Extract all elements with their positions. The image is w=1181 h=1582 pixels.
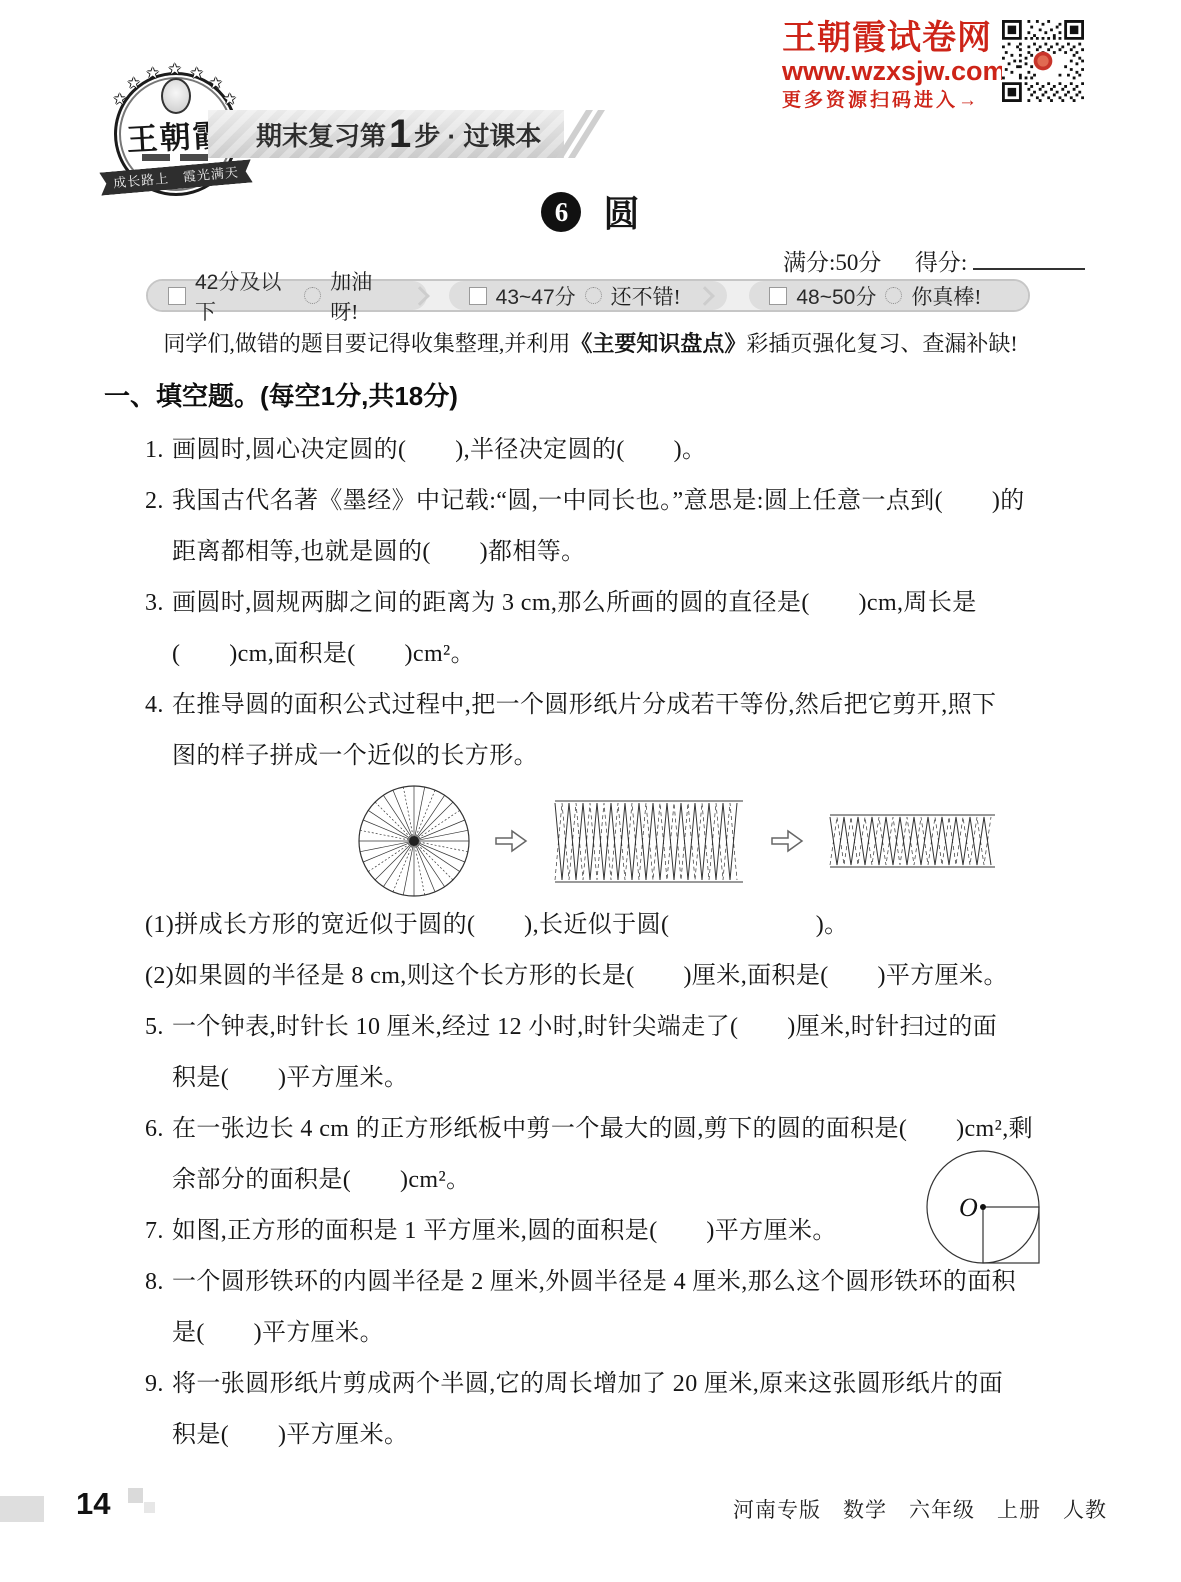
circle-to-rectangle-figure	[145, 782, 1045, 900]
star-icon: ★	[209, 74, 222, 93]
score-line: 满分:50分 得分:	[783, 244, 1085, 277]
question-text: 在一张边长 4 cm 的正方形纸板中剪一个最大的圆,剪下的圆的面积是( )cm²…	[172, 1116, 1033, 1142]
tip-book-title: 《主要知识盘点》	[570, 331, 746, 356]
brand-block: 王朝霞试卷网 www.wzxsjw.com 更多资源扫码进入→	[782, 20, 996, 115]
question-number: 1.	[145, 425, 172, 476]
question-text: 画圆时,圆规两脚之间的距离为 3 cm,那么所画的圆的直径是( )cm,周长是	[172, 590, 977, 616]
center-label: O	[959, 1193, 978, 1222]
question-list: 1.画圆时,圆心决定圆的( ),半径决定圆的( )。 2.我国古代名著《墨经》中…	[145, 425, 1045, 1461]
unit-title-text: 圆	[603, 186, 639, 237]
sub-question-number: (1)	[145, 912, 174, 938]
question-text: 拼成长方形的宽近似于圆的( ),长近似于圆( )。	[174, 912, 848, 938]
score-label: 得分:	[915, 250, 967, 275]
rating-segment-high: 48~50分 你真棒!	[749, 281, 1028, 310]
question-text: 一个钟表,时针长 10 厘米,经过 12 小时,时针尖端走了( )厘米,时针扫过…	[172, 1014, 997, 1040]
page-number: 14	[76, 1486, 110, 1522]
checkbox	[469, 287, 487, 305]
rating-segment-low: 42分及以下 加油呀!	[148, 281, 427, 310]
chevron-right-icon	[410, 286, 430, 306]
chevron-right-icon	[695, 286, 715, 306]
question-text: 余部分的面积是( )cm²。	[172, 1167, 471, 1193]
step-number: 1	[389, 112, 411, 157]
question-8-cont: 是( )平方厘米。	[145, 1308, 1045, 1359]
badge-seal-decor	[142, 154, 170, 161]
zigzag-strip-tall-figure	[549, 794, 749, 889]
question-5-cont: 积是( )平方厘米。	[145, 1053, 1045, 1104]
rating-praise: 你真棒!	[911, 281, 981, 311]
rating-praise: 加油呀!	[330, 266, 395, 326]
site-url: www.wzxsjw.com	[782, 56, 996, 87]
question-text: 图的样子拼成一个近似的长方形。	[172, 743, 538, 769]
rating-praise: 还不错!	[611, 281, 681, 311]
question-text: 将一张圆形纸片剪成两个半圆,它的周长增加了 20 厘米,原来这张圆形纸片的面	[172, 1371, 1003, 1397]
star-icon: ★	[127, 74, 140, 93]
question-9-cont: 积是( )平方厘米。	[145, 1410, 1045, 1461]
page-number-decor	[144, 1502, 155, 1513]
qr-hint: 更多资源扫码进入→	[782, 87, 996, 115]
question-number: 3.	[145, 578, 172, 629]
score-blank	[973, 248, 1085, 270]
smiley-icon	[885, 287, 902, 304]
question-1: 1.画圆时,圆心决定圆的( ),半径决定圆的( )。	[145, 425, 1045, 476]
question-number: 9.	[145, 1359, 172, 1410]
question-4-cont: 图的样子拼成一个近似的长方形。	[145, 731, 1045, 782]
question-4-sub-2: (2)如果圆的半径是 8 cm,则这个长方形的长是( )厘米,面积是( )平方厘…	[145, 951, 1045, 1002]
rating-bar: 42分及以下 加油呀! 43~47分 还不错! 48~50分 你真棒!	[146, 279, 1030, 312]
star-icon: ★	[223, 90, 236, 109]
star-icon: ★	[190, 64, 203, 83]
question-text: 如图,正方形的面积是 1 平方厘米,圆的面积是( )平方厘米。	[172, 1218, 837, 1244]
question-number: 4.	[145, 680, 172, 731]
question-7: 7.如图,正方形的面积是 1 平方厘米,圆的面积是( )平方厘米。	[145, 1206, 1045, 1257]
block-arrow-icon	[493, 827, 529, 855]
checkbox	[168, 287, 186, 305]
question-number: 8.	[145, 1257, 172, 1308]
checkbox	[769, 287, 787, 305]
tip-text: 同学们,做错的题目要记得收集整理,并利用	[163, 331, 570, 356]
question-3-cont: ( )cm,面积是( )cm²。	[145, 629, 1045, 680]
star-icon: ★	[168, 60, 181, 79]
question-6: 6.在一张边长 4 cm 的正方形纸板中剪一个最大的圆,剪下的圆的面积是( )c…	[145, 1104, 1045, 1155]
question-6-cont: 余部分的面积是( )cm²。	[145, 1155, 1045, 1206]
question-number: 7.	[145, 1206, 172, 1257]
page-title: 6 圆	[0, 186, 1181, 237]
smiley-icon	[585, 287, 602, 304]
footer-decor-bar	[0, 1496, 44, 1522]
question-number: 6.	[145, 1104, 172, 1155]
circle-square-figure: O	[913, 1147, 1065, 1279]
question-number: 5.	[145, 1002, 172, 1053]
rating-range: 42分及以下	[195, 266, 295, 326]
sub-question-number: (2)	[145, 963, 174, 989]
page-number-decor	[128, 1488, 143, 1503]
question-text: 在推导圆的面积公式过程中,把一个圆形纸片分成若干等份,然后把它剪开,照下	[172, 692, 996, 718]
question-text: 如果圆的半径是 8 cm,则这个长方形的长是( )厘米,面积是( )平方厘米。	[174, 963, 1008, 989]
question-2: 2.我国古代名著《墨经》中记载:“圆,一中同长也。”意思是:圆上任意一点到( )…	[145, 476, 1045, 527]
worksheet-page: ★ ★ ★ ★ ★ ★ ★ 王朝霞 成长路上 霞光满天 期末复习第 1 步 · …	[0, 0, 1181, 1582]
badge-seal-decor	[180, 154, 208, 161]
portrait-icon	[161, 78, 191, 114]
question-text: 画圆时,圆心决定圆的( ),半径决定圆的( )。	[172, 437, 706, 463]
question-5: 5.一个钟表,时针长 10 厘米,经过 12 小时,时针尖端走了( )厘米,时针…	[145, 1002, 1045, 1053]
zigzag-strip-flat-figure	[825, 809, 1000, 874]
question-text: 积是( )平方厘米。	[172, 1065, 408, 1091]
smiley-icon	[304, 287, 321, 304]
question-3: 3.画圆时,圆规两脚之间的距离为 3 cm,那么所画的圆的直径是( )cm,周长…	[145, 578, 1045, 629]
question-text: 距离都相等,也就是圆的( )都相等。	[172, 539, 586, 565]
step-banner-text: 期末复习第	[256, 116, 386, 153]
full-score-label: 满分:50分	[783, 250, 881, 275]
question-text: ( )cm,面积是( )cm²。	[172, 641, 475, 667]
rating-segment-mid: 43~47分 还不错!	[449, 281, 728, 310]
step-banner: 期末复习第 1 步 · 过课本	[208, 110, 564, 158]
question-text: 我国古代名著《墨经》中记载:“圆,一中同长也。”意思是:圆上任意一点到( )的	[172, 488, 1025, 514]
tip-line: 同学们,做错的题目要记得收集整理,并利用《主要知识盘点》彩插页强化复习、查漏补缺…	[0, 327, 1181, 358]
star-icon: ★	[146, 64, 159, 83]
question-9: 9.将一张圆形纸片剪成两个半圆,它的周长增加了 20 厘米,原来这张圆形纸片的面	[145, 1359, 1045, 1410]
question-text: 一个圆形铁环的内圆半径是 2 厘米,外圆半径是 4 厘米,那么这个圆形铁环的面积	[172, 1269, 1016, 1295]
section-title: 一、填空题。(每空1分,共18分)	[104, 376, 458, 413]
qr-code	[1002, 20, 1084, 102]
step-banner-text: 步 · 过课本	[414, 116, 541, 153]
tip-text: 彩插页强化复习、查漏补缺!	[746, 331, 1017, 356]
question-4-sub-1: (1)拼成长方形的宽近似于圆的( ),长近似于圆( )。	[145, 900, 1045, 951]
rating-range: 43~47分	[496, 281, 576, 311]
footer-meta: 河南专版 数学 六年级 上册 人教	[733, 1494, 1107, 1524]
block-arrow-icon	[769, 827, 805, 855]
sectored-circle-figure	[355, 782, 473, 900]
question-8: 8.一个圆形铁环的内圆半径是 2 厘米,外圆半径是 4 厘米,那么这个圆形铁环的…	[145, 1257, 1045, 1308]
unit-number-badge: 6	[541, 192, 581, 232]
question-4: 4.在推导圆的面积公式过程中,把一个圆形纸片分成若干等份,然后把它剪开,照下	[145, 680, 1045, 731]
question-text: 积是( )平方厘米。	[172, 1422, 408, 1448]
site-name: 王朝霞试卷网	[782, 20, 996, 56]
question-2-cont: 距离都相等,也就是圆的( )都相等。	[145, 527, 1045, 578]
star-icon: ★	[113, 90, 126, 109]
rating-range: 48~50分	[796, 281, 876, 311]
question-text: 是( )平方厘米。	[172, 1320, 384, 1346]
question-number: 2.	[145, 476, 172, 527]
